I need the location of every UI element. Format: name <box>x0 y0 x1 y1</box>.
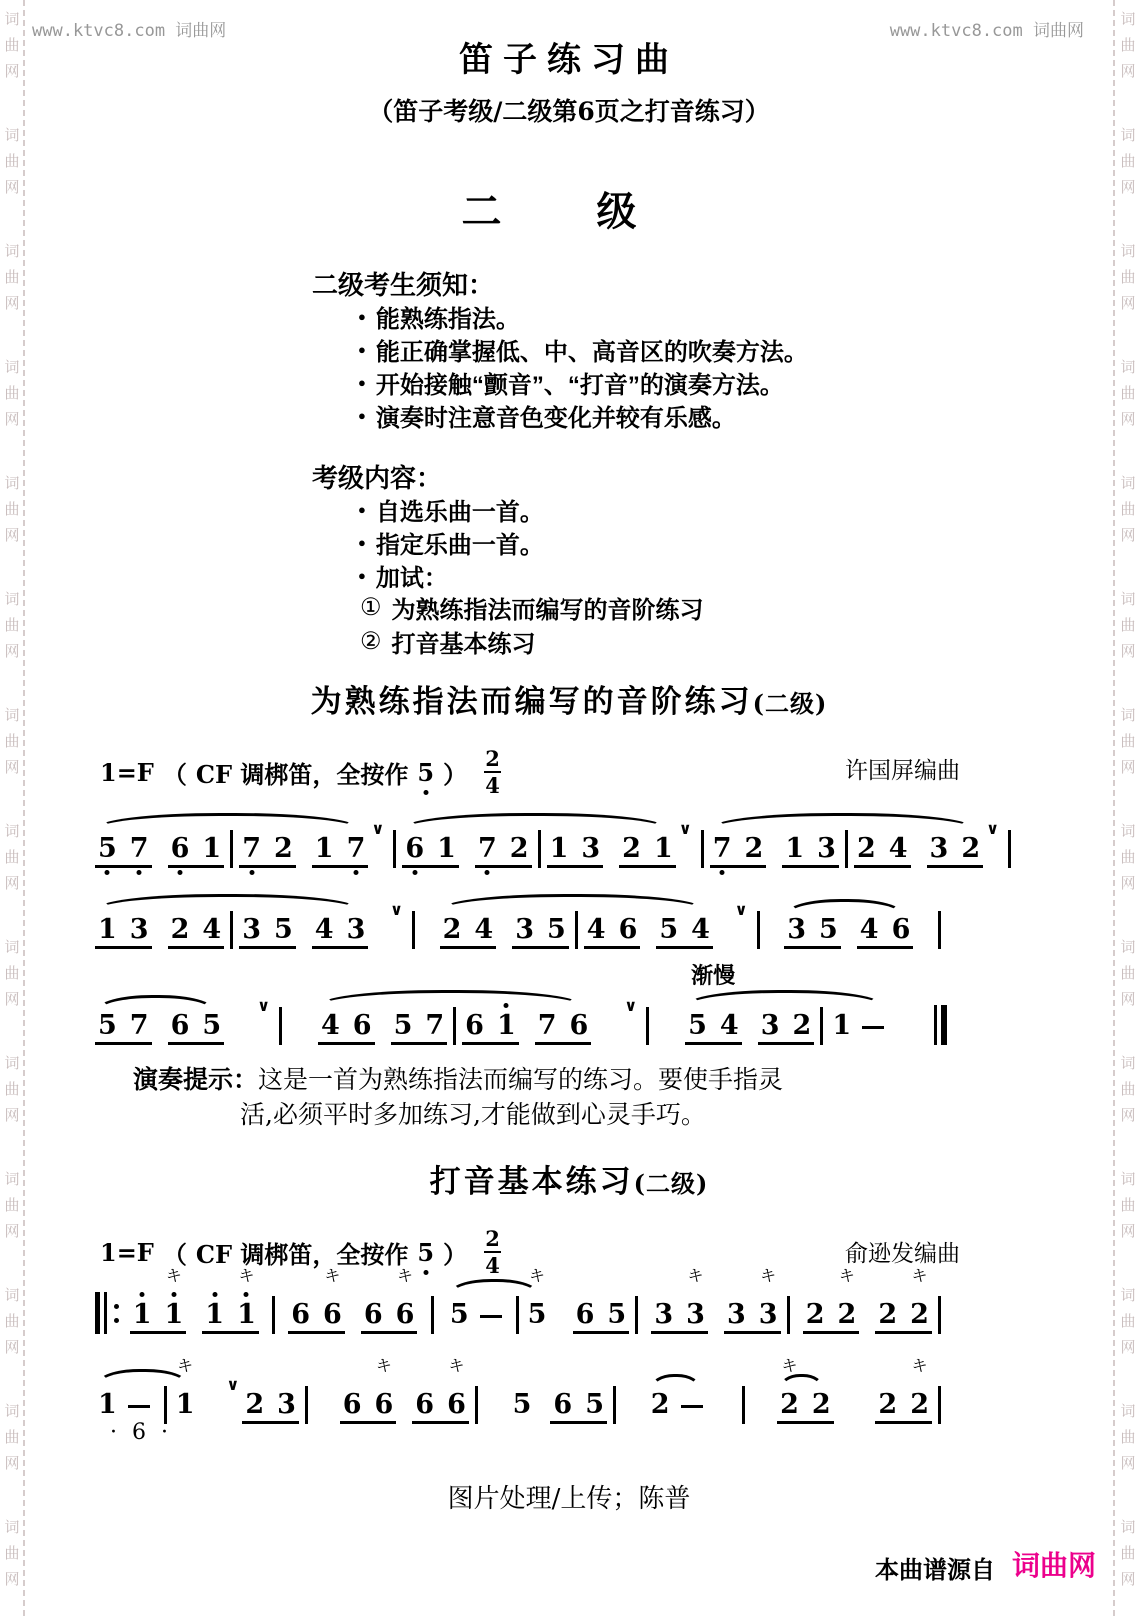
beamed-note-pair: 65 <box>168 1012 225 1045</box>
page-number: · 6 · <box>110 1420 172 1445</box>
list-item-text: 指定乐曲一首。 <box>376 525 544 560</box>
note-digit: 1 <box>98 916 117 943</box>
barline <box>516 1296 519 1334</box>
tips-label: 演奏提示： <box>133 1066 258 1094</box>
beamed-note-pair: 46 <box>857 916 914 949</box>
watermark-char: 网 <box>1120 638 1135 664</box>
paren-close: ） <box>443 755 467 790</box>
note-digit: 6 <box>353 1012 372 1039</box>
meter-denominator: 4 <box>485 775 500 796</box>
quarter-note: 5キ <box>528 1301 547 1328</box>
barline <box>575 911 578 949</box>
low-octave-dot <box>423 790 428 795</box>
barline <box>701 830 704 868</box>
dayin-ornament-icon: キ <box>376 1358 392 1374</box>
note-group: ∨ <box>732 900 766 949</box>
low-octave-dot <box>720 870 725 875</box>
breath-mark-icon: ∨ <box>226 1375 239 1394</box>
quarter-note: 1 <box>832 1012 851 1039</box>
watermark-char: 词 <box>1120 1050 1135 1076</box>
beamed-note-pair: 11キ <box>202 1301 259 1334</box>
music-line-1: 57617217∨61721321∨72132432∨ <box>95 822 947 868</box>
piece1-keyline: 1=F （ CF 调梆笛，全按作 5 ） 2 4 <box>100 748 501 796</box>
watermark-char: 网 <box>4 870 19 896</box>
watermark-char: 曲 <box>4 960 19 986</box>
note-group: 22キ <box>859 1386 947 1424</box>
paren-open: （ <box>163 1235 187 1270</box>
watermark-text-group: 词曲网 <box>1119 354 1137 432</box>
duration-dash <box>681 1405 703 1408</box>
dayin-ornament-icon: キ <box>166 1268 182 1284</box>
beamed-note-pair: 46 <box>318 1012 375 1045</box>
beamed-note-pair: 66キ <box>340 1391 397 1424</box>
barline <box>787 1296 790 1334</box>
note-digit: 2 <box>793 1012 812 1039</box>
quarter-note: 2 <box>651 1391 670 1418</box>
slur-group: 2キ2 <box>777 1391 834 1424</box>
beamed-note-pair: 43 <box>312 916 369 949</box>
barline <box>845 830 848 868</box>
watermark-char: 词 <box>4 238 19 264</box>
source-label: 本曲谱源自 <box>875 1550 995 1585</box>
beamed-note-pair: 21 <box>619 835 676 868</box>
beamed-note-pair: 22キ <box>875 1301 932 1334</box>
watermark-char: 曲 <box>1120 728 1135 754</box>
beamed-note-pair: 54 <box>685 1012 742 1045</box>
page-title: 笛子练习曲 <box>0 32 1138 81</box>
note-digit: 6 <box>892 916 911 943</box>
watermark-char: 词 <box>4 354 19 380</box>
note-digit: 7 <box>478 835 497 862</box>
breath-mark-icon: ∨ <box>679 819 692 838</box>
watermark-char: 词 <box>4 1050 19 1076</box>
note-digit: 5 <box>394 1012 413 1039</box>
note-digit: 5 <box>659 916 678 943</box>
watermark-char: 曲 <box>1120 844 1135 870</box>
high-octave-dot <box>140 1292 145 1297</box>
note-digit: 5 <box>607 1301 626 1328</box>
note-digit: 3 <box>787 916 806 943</box>
note-digit: 6 <box>171 1012 190 1039</box>
dashed-border-left <box>23 0 25 1616</box>
note-digit: 7 <box>130 1012 149 1039</box>
slur-arc <box>449 1279 540 1294</box>
music-line-2: 13243543∨24354654∨3546 <box>95 903 947 949</box>
note-digit: 7 <box>425 1012 444 1039</box>
watermark-char: 曲 <box>4 844 19 870</box>
quarter-note: 1キ <box>176 1391 195 1418</box>
watermark-char: 曲 <box>4 380 19 406</box>
note-digit: 2 <box>806 1301 825 1328</box>
barline <box>938 911 941 949</box>
watermark-char: 网 <box>4 406 19 432</box>
list-item: ●开始接触“颤音”、“打音”的演奏方法。 <box>358 366 808 399</box>
note-digit: 6 <box>619 916 638 943</box>
note-digit: 2 <box>245 1391 264 1418</box>
watermark-char: 网 <box>1120 986 1135 1012</box>
note-digit: 2 <box>745 835 764 862</box>
piece2-composer: 俞逊发编曲 <box>845 1235 960 1268</box>
barline <box>164 1386 167 1424</box>
watermark-column-left: 词曲网词曲网词曲网词曲网词曲网词曲网词曲网词曲网词曲网词曲网词曲网词曲网词曲网词… <box>3 6 21 1592</box>
watermark-text-group: 词曲网 <box>1119 1050 1137 1128</box>
watermark-char: 词 <box>1120 470 1135 496</box>
piece2-title: 打音基本练习(二级) <box>0 1156 1138 1201</box>
note-digit: 3 <box>930 835 949 862</box>
note-digit: 6 <box>465 1012 484 1039</box>
slur-arc <box>320 990 581 1005</box>
note-group: ∨ <box>676 819 710 868</box>
note-digit: 5 <box>98 1012 117 1039</box>
note-digit: 7 <box>242 835 261 862</box>
note-group: 22キ22キ <box>803 1296 947 1334</box>
page-subtitle: （笛子考级/二级第6页之打音练习） <box>0 92 1138 128</box>
meter-denominator: 4 <box>485 1255 500 1276</box>
note-digit: 4 <box>474 916 493 943</box>
list-item-text: 自选乐曲一首。 <box>376 492 544 527</box>
beamed-note-pair: 2キ2 <box>777 1391 834 1424</box>
thick-bar <box>941 1005 947 1045</box>
note-digit: 1 <box>785 835 804 862</box>
meter-numerator: 2 <box>485 748 500 769</box>
watermark-char: 词 <box>4 1514 19 1540</box>
watermark-char: 词 <box>4 818 19 844</box>
low-octave-dot <box>485 870 490 875</box>
note-group <box>266 1296 281 1334</box>
watermark-char: 网 <box>4 1218 19 1244</box>
watermark-text-group: 词曲网 <box>3 354 21 432</box>
watermark-char: 网 <box>1120 1450 1135 1476</box>
watermark-char: 曲 <box>4 1540 19 1566</box>
barline <box>757 911 760 949</box>
bullet-icon: ● <box>358 408 366 423</box>
time-signature: 2 4 <box>484 748 501 796</box>
numbered-item-text: 打音基本练习 <box>392 624 536 659</box>
watermark-char: 网 <box>1120 290 1135 316</box>
barline <box>742 1386 745 1424</box>
note-digit: 7 <box>713 835 732 862</box>
repeat-dot <box>114 1304 119 1309</box>
note-digit: 5 <box>819 916 838 943</box>
watermark-char: 网 <box>4 1566 19 1592</box>
beamed-note-pair: 24 <box>168 916 225 949</box>
note-digit: 5 <box>688 1012 707 1039</box>
note-digit: 3 <box>761 1012 780 1039</box>
barline <box>412 911 415 949</box>
key-text: CF 调梆笛，全按作 <box>196 1235 409 1270</box>
beamed-note-pair: 33キ <box>724 1301 781 1334</box>
breath-mark-icon: ∨ <box>986 819 999 838</box>
note-digit: 4 <box>321 1012 340 1039</box>
repeat-start-barline <box>95 1292 119 1334</box>
bullet-icon: ● <box>358 568 366 583</box>
note-group: 66キ66キ <box>288 1301 417 1334</box>
list-item-text: 能熟练指法。 <box>376 299 520 334</box>
bullet-icon: ● <box>358 502 366 517</box>
note-digit: 6 <box>570 1012 589 1039</box>
note-digit: 2キ <box>910 1301 929 1328</box>
note-digit: 6 <box>171 835 190 862</box>
watermark-char: 曲 <box>4 1076 19 1102</box>
beamed-note-pair: 54 <box>656 916 713 949</box>
dayin-ornament-icon: キ <box>397 1268 413 1284</box>
watermark-char: 网 <box>4 290 19 316</box>
watermark-char: 网 <box>4 1334 19 1360</box>
watermark-text-group: 词曲网 <box>3 1514 21 1592</box>
barline <box>613 1386 616 1424</box>
note-digit: 1 <box>133 1301 152 1328</box>
barline <box>279 1007 282 1045</box>
music-line-3: 5765∨46576176∨渐慢54321 <box>95 999 947 1045</box>
note-digit: 2 <box>961 835 980 862</box>
note-group: ∨ <box>387 900 421 949</box>
note-digit: 6 <box>343 1391 362 1418</box>
duration-dash <box>862 1026 884 1029</box>
list-item: ●自选乐曲一首。 <box>358 493 544 526</box>
note-digit: 6 <box>576 1301 595 1328</box>
note-digit: 2キ <box>838 1301 857 1328</box>
note-digit: 5 <box>98 835 117 862</box>
barline <box>475 1386 478 1424</box>
note-digit: 7 <box>347 835 366 862</box>
watermark-char: 网 <box>1120 1218 1135 1244</box>
watermark-char: 曲 <box>4 728 19 754</box>
piece1-composer: 许国屏编曲 <box>845 752 960 785</box>
note-digit: 4 <box>315 916 334 943</box>
slur-arc <box>786 899 903 914</box>
slur-arc <box>442 894 703 909</box>
watermark-text-group: 词曲网 <box>1119 122 1137 200</box>
low-octave-dot <box>423 1270 428 1275</box>
beamed-note-pair: 33キ <box>651 1301 708 1334</box>
note-digit: 2 <box>510 835 529 862</box>
beamed-note-pair: 46 <box>584 916 641 949</box>
watermark-char: 词 <box>4 6 19 32</box>
watermark-char: 曲 <box>1120 960 1135 986</box>
exam-heading: 考级内容： <box>312 458 442 495</box>
level-char-1: 二 <box>462 190 502 234</box>
notice-list: ●能熟练指法。●能正确掌握低、中、高音区的吹奏方法。●开始接触“颤音”、“打音”… <box>358 300 808 432</box>
dayin-ornament-icon: キ <box>760 1268 776 1284</box>
beamed-note-pair: 72 <box>239 835 296 868</box>
beamed-note-pair: 13 <box>547 835 604 868</box>
paren-close: ） <box>443 1235 467 1270</box>
piece1-title: 为熟练指法而编写的音阶练习(二级) <box>0 676 1138 721</box>
barline <box>230 830 233 868</box>
piece2-title-text: 打音基本练习 <box>430 1164 634 1200</box>
circled-number: ② <box>360 627 382 656</box>
note-group: ∨ <box>983 819 1017 868</box>
watermark-text-group: 词曲网 <box>1119 1398 1137 1476</box>
dayin-ornament-icon: キ <box>912 1268 928 1284</box>
note-digit: 7 <box>130 835 149 862</box>
note-digit: 6 <box>405 835 424 862</box>
beamed-note-pair: 35 <box>784 916 841 949</box>
note-digit: 1キ <box>237 1301 256 1328</box>
dayin-ornament-icon: キ <box>324 1268 340 1284</box>
watermark-char: 网 <box>4 1450 19 1476</box>
watermark-char: 曲 <box>1120 264 1135 290</box>
watermark-text-group: 词曲网 <box>3 470 21 548</box>
barline <box>938 1296 941 1334</box>
watermark-text-group: 词曲网 <box>3 238 21 316</box>
note-group <box>932 911 947 949</box>
piece1-title-suffix: (二级) <box>753 689 828 718</box>
note-digit: 1 <box>202 835 221 862</box>
note-digit: 5 <box>547 916 566 943</box>
note-digit: 1キ <box>164 1301 183 1328</box>
watermark-char: 词 <box>1120 238 1135 264</box>
watermark-text-group: 词曲网 <box>1119 586 1137 664</box>
beamed-note-pair: 66キ <box>412 1391 469 1424</box>
watermark-char: 网 <box>1120 754 1135 780</box>
note-digit: 4 <box>202 916 221 943</box>
watermark-char: 网 <box>4 1102 19 1128</box>
beamed-note-pair: 35 <box>512 916 569 949</box>
key-base-digit: 5 <box>417 758 434 787</box>
list-item: ●加试： <box>358 559 544 592</box>
note-digit: 1 <box>205 1301 224 1328</box>
breath-mark-icon: ∨ <box>371 819 384 838</box>
note-digit: 6キ <box>396 1301 415 1328</box>
time-signature: 2 4 <box>484 1228 501 1276</box>
note-digit: 7 <box>538 1012 557 1039</box>
barline <box>1008 830 1011 868</box>
note-digit: 1 <box>497 1012 516 1039</box>
watermark-column-right: 词曲网词曲网词曲网词曲网词曲网词曲网词曲网词曲网词曲网词曲网词曲网词曲网词曲网词… <box>1119 6 1137 1592</box>
dayin-ornament-icon: キ <box>177 1358 193 1374</box>
watermark-text-group: 词曲网 <box>1119 934 1137 1012</box>
note-digit: 5 <box>585 1391 604 1418</box>
low-octave-dot <box>412 870 417 875</box>
watermark-text-group: 词曲网 <box>3 934 21 1012</box>
thick-bar <box>95 1292 100 1334</box>
note-digit: 1 <box>315 835 334 862</box>
key-base-note: 5 <box>417 758 434 787</box>
watermark-text-group: 词曲网 <box>3 818 21 896</box>
note-digit: 3キ <box>686 1301 705 1328</box>
dayin-ornament-icon: キ <box>688 1268 704 1284</box>
slur-group: 57617217 <box>95 830 368 868</box>
barline <box>938 1386 941 1424</box>
slur-group: 61721321 <box>402 830 675 868</box>
slur-arc <box>97 894 358 909</box>
beamed-note-pair: 11キ <box>130 1301 187 1334</box>
watermark-char: 词 <box>1120 586 1135 612</box>
watermark-char: 词 <box>1120 354 1135 380</box>
slur-arc <box>687 990 882 1005</box>
slur-arc <box>404 813 665 828</box>
paren-open: （ <box>163 755 187 790</box>
watermark-text-group: 词曲网 <box>3 1050 21 1128</box>
watermark-char: 词 <box>4 1282 19 1308</box>
note-digit: 3 <box>347 916 366 943</box>
note-digit: 4 <box>691 916 710 943</box>
watermark-char: 网 <box>1120 870 1135 896</box>
watermark-char: 词 <box>1120 1514 1135 1540</box>
numbered-item-text: 为熟练指法而编写的音阶练习 <box>392 590 704 625</box>
note-digit: 4 <box>587 916 606 943</box>
note-digit: 1 <box>550 835 569 862</box>
note-group: ∨ <box>621 996 655 1045</box>
note-digit: 3 <box>817 835 836 862</box>
beamed-note-pair: 76 <box>535 1012 592 1045</box>
watermark-text-group: 词曲网 <box>1119 818 1137 896</box>
watermark-char: 网 <box>1120 1334 1135 1360</box>
note-digit: 6キ <box>323 1301 342 1328</box>
exam-bullet-list: ●自选乐曲一首。●指定乐曲一首。●加试： <box>358 493 544 592</box>
meter-numerator: 2 <box>485 1228 500 1249</box>
note-group: ∨ <box>254 996 288 1045</box>
breath-mark-icon: ∨ <box>390 900 403 919</box>
watermark-char: 词 <box>4 934 19 960</box>
numbered-item: ①为熟练指法而编写的音阶练习 <box>360 590 704 624</box>
note-digit: 3 <box>581 835 600 862</box>
watermark-char: 曲 <box>4 612 19 638</box>
beamed-note-pair: 22キ <box>875 1391 932 1424</box>
music-line-4: 11キ11キ66キ66キ55キ6533キ33キ22キ22キ <box>95 1288 947 1334</box>
note-digit: 6 <box>553 1391 572 1418</box>
dayin-ornament-icon: キ <box>238 1268 254 1284</box>
slur-group: 5765 <box>95 1012 224 1045</box>
thin-bar <box>104 1292 107 1334</box>
note-digit: 5 <box>274 916 293 943</box>
performance-tips-line2: 活,必须平时多加练习,才能做到心灵手巧。 <box>240 1095 706 1131</box>
slur-group: 3546 <box>784 916 913 949</box>
key-text: CF 调梆笛，全按作 <box>196 755 409 790</box>
beamed-note-pair: 32 <box>927 835 984 868</box>
slur-arc <box>712 813 973 828</box>
barline <box>538 830 541 868</box>
piece2-title-suffix: (二级) <box>634 1169 709 1198</box>
note-digit: 2 <box>274 835 293 862</box>
beamed-note-pair: 24 <box>440 916 497 949</box>
dayin-ornament-icon: キ <box>912 1358 928 1374</box>
note-group <box>922 1005 947 1045</box>
watermark-char: 词 <box>4 1398 19 1424</box>
high-octave-dot <box>244 1292 249 1297</box>
note-digit: 2 <box>857 835 876 862</box>
slur-arc <box>97 813 358 828</box>
watermark-char: 曲 <box>1120 496 1135 522</box>
watermark-char: 词 <box>1120 1282 1135 1308</box>
note-digit: 6 <box>291 1301 310 1328</box>
slur-group: 24354654 <box>440 911 713 949</box>
low-octave-dot <box>137 870 142 875</box>
note-digit: 2 <box>878 1301 897 1328</box>
beamed-note-pair: 17 <box>312 835 369 868</box>
note-digit: 2 <box>443 916 462 943</box>
note-digit: 2キ <box>780 1391 799 1418</box>
duration-dash <box>480 1315 502 1318</box>
watermark-char: 曲 <box>4 1424 19 1450</box>
breath-mark-icon: ∨ <box>257 996 270 1015</box>
slur-group: 渐慢54321 <box>685 1007 892 1045</box>
high-octave-dot <box>504 1003 509 1008</box>
notice-heading: 二级考生须知： <box>312 265 494 302</box>
note-group: 66キ66キ <box>340 1386 484 1424</box>
note-digit: 6キ <box>374 1391 393 1418</box>
watermark-char: 曲 <box>4 264 19 290</box>
beamed-note-pair: 66キ <box>288 1301 345 1334</box>
note-digit: 3 <box>727 1301 746 1328</box>
watermark-char: 词 <box>4 586 19 612</box>
beamed-note-pair: 72 <box>475 835 532 868</box>
watermark-char: 网 <box>1120 406 1135 432</box>
watermark-char: 网 <box>1120 1102 1135 1128</box>
watermark-char: 曲 <box>4 1308 19 1334</box>
barline <box>431 1296 434 1334</box>
